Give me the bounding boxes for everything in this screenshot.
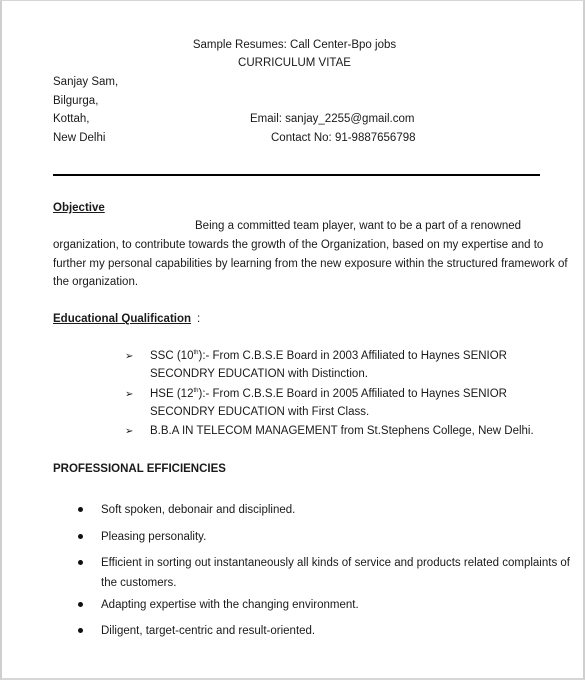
list-item-line: SECONDRY EDUCATION with Distinction. — [150, 367, 368, 381]
round-bullet-icon — [78, 560, 83, 565]
objective-line: organization, to contribute towards the … — [53, 238, 543, 252]
address-line-1: Bilgurga, — [53, 94, 98, 108]
email-row: Email: sanjay_2255@gmail.com — [250, 112, 414, 126]
arrowhead-bullet-icon: ➢ — [125, 350, 133, 364]
document-title: Sample Resumes: Call Center-Bpo jobs — [2, 38, 585, 52]
arrowhead-bullet-icon: ➢ — [125, 388, 133, 402]
list-item-line: Pleasing personality. — [101, 530, 206, 544]
round-bullet-icon — [78, 534, 83, 539]
list-item-line: Soft spoken, debonair and disciplined. — [101, 503, 295, 517]
list-item-line: Adapting expertise with the changing env… — [101, 598, 359, 612]
candidate-name: Sanjay Sam, — [53, 75, 118, 89]
phone-label: Contact No: — [271, 132, 332, 144]
address-line-2: Kottah, — [53, 112, 89, 126]
email-value: sanjay_2255@gmail.com — [285, 113, 414, 125]
objective-line: the organization. — [53, 275, 138, 289]
list-item-line: SECONDRY EDUCATION with First Class. — [150, 405, 369, 419]
email-label: Email: — [250, 113, 282, 125]
round-bullet-icon — [78, 602, 83, 607]
round-bullet-icon — [78, 628, 83, 633]
objective-line: further my personal capabilities by lear… — [53, 257, 568, 271]
list-item-line: the customers. — [101, 576, 176, 590]
document-page: Sample Resumes: Call Center-Bpo jobs CUR… — [0, 0, 585, 680]
education-heading-row: Educational Qualification — [53, 312, 191, 326]
list-item-line: HSE (12th):- From C.B.S.E Board in 2005 … — [150, 387, 507, 401]
document-subtitle: CURRICULUM VITAE — [2, 56, 585, 70]
efficiencies-heading: PROFESSIONAL EFFICIENCIES — [53, 462, 226, 476]
education-heading: Educational Qualification — [53, 313, 191, 325]
list-item-line: B.B.A IN TELECOM MANAGEMENT from St.Step… — [150, 424, 534, 438]
list-item-line: SSC (10th):- From C.B.S.E Board in 2003 … — [150, 349, 507, 363]
horizontal-rule — [53, 174, 540, 176]
phone-value: 91-9887656798 — [335, 132, 416, 144]
address-line-3: New Delhi — [53, 131, 105, 145]
objective-line: Being a committed team player, want to b… — [195, 219, 521, 233]
arrowhead-bullet-icon: ➢ — [125, 425, 133, 439]
objective-heading: Objective — [53, 201, 105, 215]
education-colon: : — [197, 312, 200, 326]
list-item-line: Diligent, target-centric and result-orie… — [101, 624, 315, 638]
round-bullet-icon — [78, 507, 83, 512]
list-item-line: Efficient in sorting out instantaneously… — [101, 556, 570, 570]
phone-row: Contact No: 91-9887656798 — [271, 131, 416, 145]
